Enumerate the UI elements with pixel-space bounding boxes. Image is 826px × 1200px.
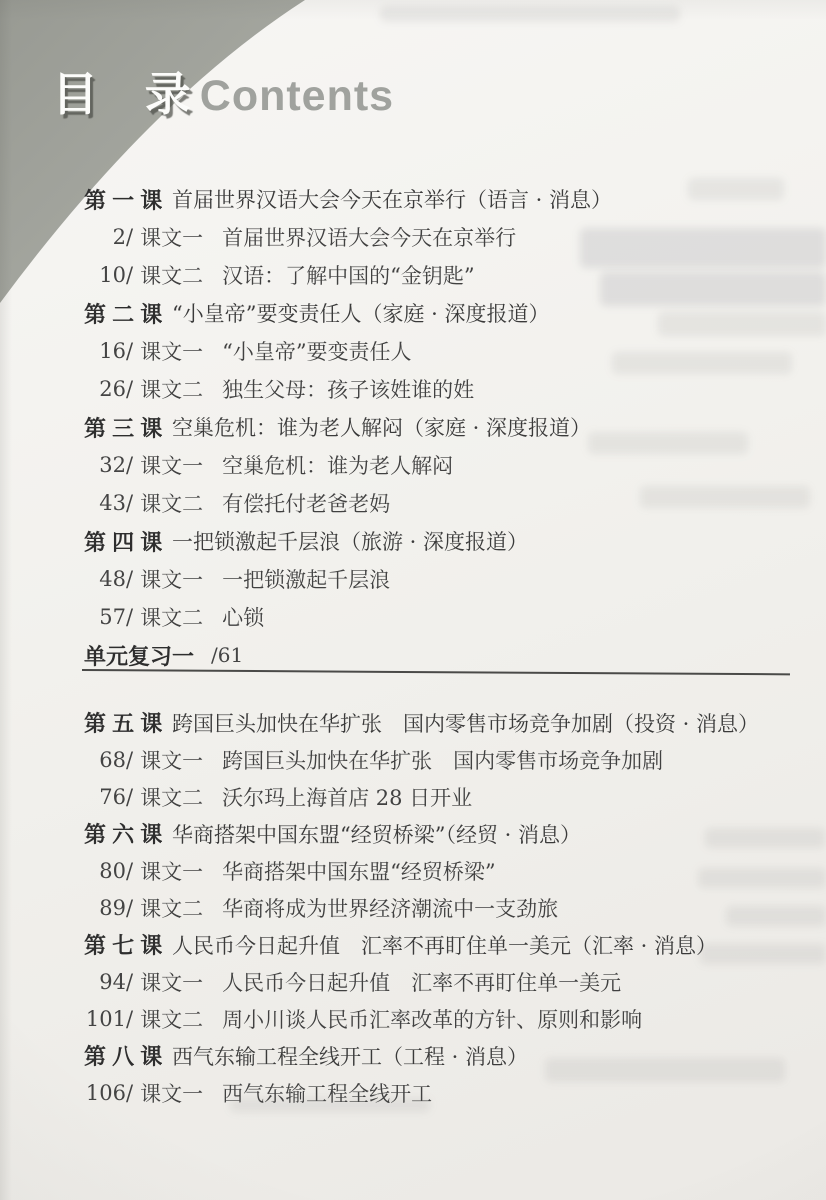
text-label: 课文一 (140, 450, 203, 480)
page-slash: / (126, 263, 133, 287)
page-slash: / (126, 225, 133, 249)
text-label: 课文二 (140, 488, 203, 518)
page-number: 16 (82, 339, 126, 363)
page-slash: / (126, 1007, 133, 1031)
text-label: 课文二 (140, 260, 203, 290)
lesson-title: 跨国巨头加快在华扩张 国内零售市场竞争加剧（投资 · 消息） (172, 708, 759, 738)
unit-review-page: /61 (211, 643, 243, 667)
text-title: 一把锁激起千层浪 (222, 564, 390, 594)
text-title: 华商将成为世界经济潮流中一支劲旅 (222, 893, 558, 923)
text-label: 课文一 (140, 856, 203, 886)
text-title: 周小川谈人民币汇率改革的方针、原则和影响 (222, 1004, 642, 1034)
page-slash: / (126, 970, 133, 994)
text-label: 课文一 (140, 222, 203, 252)
lesson-number-label: 第 六 课 (84, 818, 172, 849)
page-title-english: Contents (200, 72, 394, 121)
unit-review-label: 单元复习一 (84, 640, 194, 671)
lesson-heading: 第 六 课 华商搭架中国东盟“经贸桥梁”（经贸 · 消息） (0, 815, 826, 852)
text-entry: 94/ 课文一 人民币今日起升值 汇率不再盯住单一美元 (0, 963, 826, 1000)
page-slash: / (126, 785, 133, 809)
page-slash: / (126, 605, 133, 629)
lesson-number-label: 第 四 课 (84, 526, 172, 557)
page-slash: / (126, 748, 133, 772)
page-number: 32 (82, 453, 126, 477)
lesson-number-label: 第 八 课 (84, 1040, 172, 1071)
page-slash: / (126, 339, 133, 363)
text-entry: 48/ 课文一 一把锁激起千层浪 (0, 560, 826, 598)
page-title-chinese: 目 录 (52, 58, 208, 124)
page-slash: / (126, 567, 133, 591)
bleedthrough-mark (640, 486, 810, 508)
text-entry: 68/ 课文一 跨国巨头加快在华扩张 国内零售市场竞争加剧 (0, 741, 826, 778)
text-title: “小皇帝”要变责任人 (222, 336, 411, 366)
text-title: 首届世界汉语大会今天在京举行 (222, 222, 516, 252)
text-title: 华商搭架中国东盟“经贸桥梁” (222, 856, 495, 886)
page-number: 101 (82, 1007, 126, 1031)
text-title: 有偿托付老爸老妈 (222, 488, 390, 518)
bleedthrough-mark (612, 352, 792, 374)
text-label: 课文二 (140, 782, 203, 812)
lesson-title: 人民币今日起升值 汇率不再盯住单一美元（汇率 · 消息） (172, 930, 717, 960)
text-label: 课文二 (140, 602, 203, 632)
lesson-title: 首届世界汉语大会今天在京举行（语言 · 消息） (172, 184, 612, 214)
text-label: 课文一 (140, 967, 203, 997)
text-title: 跨国巨头加快在华扩张 国内零售市场竞争加剧 (222, 745, 663, 775)
page-slash: / (126, 453, 133, 477)
text-title: 独生父母：孩子该姓谁的姓 (222, 374, 474, 404)
lesson-title: 华商搭架中国东盟“经贸桥梁”（经贸 · 消息） (172, 819, 581, 849)
text-label: 课文二 (140, 893, 203, 923)
text-entry: 101/ 课文二 周小川谈人民币汇率改革的方针、原则和影响 (0, 1000, 826, 1037)
book-page: 目 录Contents 第 一 课 首届世界汉语大会今天在京举行（语言 · 消息… (0, 0, 826, 1200)
bleedthrough-mark (698, 868, 826, 888)
lesson-title: 一把锁激起千层浪（旅游 · 深度报道） (172, 526, 528, 556)
text-label: 课文一 (140, 564, 203, 594)
bleedthrough-mark (705, 828, 825, 848)
text-entry: 26/ 课文二 独生父母：孩子该姓谁的姓 (0, 370, 826, 408)
bleedthrough-mark (688, 178, 784, 200)
bleedthrough-mark (700, 944, 826, 964)
text-title: 心锁 (222, 602, 264, 632)
page-number: 43 (82, 491, 126, 515)
page-number: 106 (82, 1081, 126, 1105)
page-number: 48 (82, 567, 126, 591)
lesson-title: “小皇帝”要变责任人（家庭 · 深度报道） (172, 298, 550, 328)
lesson-number-label: 第 二 课 (84, 298, 172, 329)
text-title: 汉语：了解中国的“金钥匙” (222, 260, 474, 290)
page-number: 89 (82, 896, 126, 920)
bleedthrough-mark (600, 272, 826, 306)
page-number: 26 (82, 377, 126, 401)
text-label: 课文二 (140, 374, 203, 404)
page-slash: / (126, 1081, 133, 1105)
page-number: 76 (82, 785, 126, 809)
text-title: 沃尔玛上海首店 28 日开业 (222, 782, 472, 812)
page-number: 80 (82, 859, 126, 883)
page-header: 目 录Contents (52, 58, 394, 124)
text-title: 空巢危机：谁为老人解闷 (222, 450, 453, 480)
page-number: 57 (82, 605, 126, 629)
lesson-heading: 第 五 课 跨国巨头加快在华扩张 国内零售市场竞争加剧（投资 · 消息） (0, 704, 826, 741)
page-slash: / (126, 859, 133, 883)
text-label: 课文一 (140, 1078, 203, 1108)
bleedthrough-mark (230, 1098, 430, 1112)
lesson-number-label: 第 三 课 (84, 412, 172, 443)
page-number: 68 (82, 748, 126, 772)
bleedthrough-mark (580, 228, 826, 268)
lesson-title: 空巢危机：谁为老人解闷（家庭 · 深度报道） (172, 412, 591, 442)
page-slash: / (126, 377, 133, 401)
page-slash: / (126, 491, 133, 515)
text-entry: 57/ 课文二 心锁 (0, 598, 826, 636)
bleedthrough-mark (588, 432, 748, 454)
lesson-heading: 第 四 课 一把锁激起千层浪（旅游 · 深度报道） (0, 522, 826, 560)
bleedthrough-mark (658, 312, 826, 336)
bleedthrough-mark (380, 6, 680, 22)
text-label: 课文一 (140, 336, 203, 366)
page-number: 2 (82, 225, 126, 249)
text-label: 课文一 (140, 745, 203, 775)
lesson-title: 西气东输工程全线开工（工程 · 消息） (172, 1041, 528, 1071)
text-title: 人民币今日起升值 汇率不再盯住单一美元 (222, 967, 621, 997)
page-number: 94 (82, 970, 126, 994)
text-entry: 76/ 课文二 沃尔玛上海首店 28 日开业 (0, 778, 826, 815)
page-number: 10 (82, 263, 126, 287)
bleedthrough-mark (726, 906, 826, 926)
text-label: 课文二 (140, 1004, 203, 1034)
lesson-number-label: 第 七 课 (84, 929, 172, 960)
page-slash: / (126, 896, 133, 920)
lesson-number-label: 第 五 课 (84, 707, 172, 738)
text-entry: 89/ 课文二 华商将成为世界经济潮流中一支劲旅 (0, 889, 826, 926)
lesson-number-label: 第 一 课 (84, 184, 172, 215)
toc-unit-2: 第 五 课 跨国巨头加快在华扩张 国内零售市场竞争加剧（投资 · 消息） 68/… (0, 704, 826, 1111)
bleedthrough-mark (545, 1058, 785, 1082)
